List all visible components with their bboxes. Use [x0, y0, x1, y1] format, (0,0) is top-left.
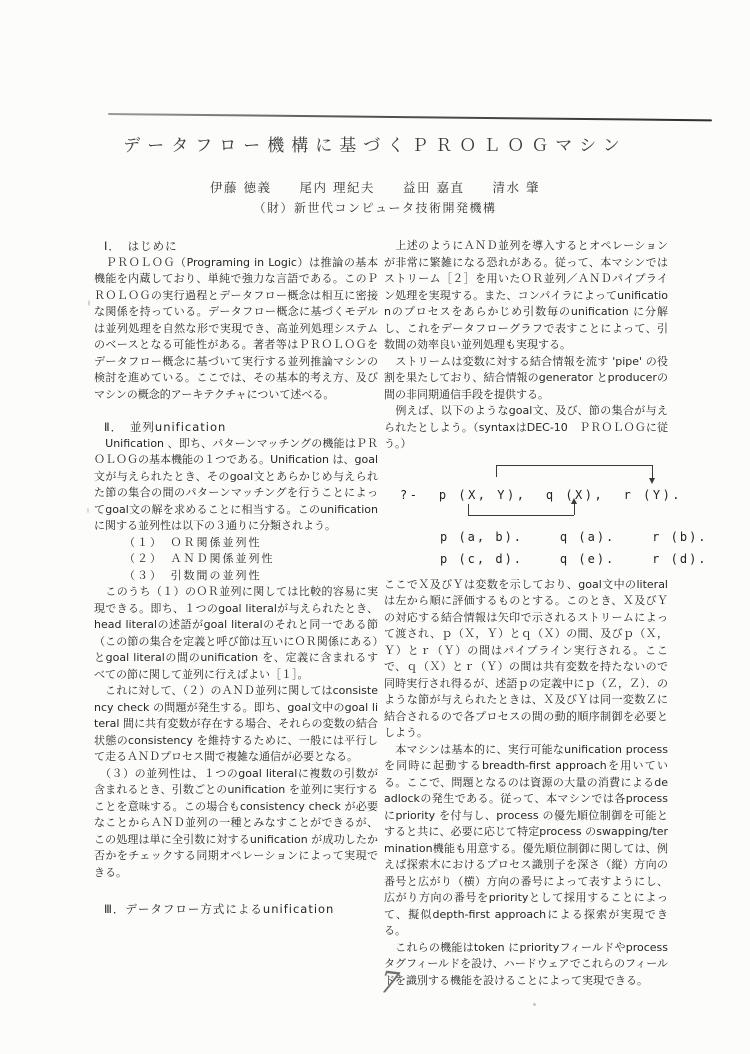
paper-title: データフロー機構に基づくＰＲＯＬＯＧマシン [0, 131, 750, 156]
stream-arrow-top-line [496, 465, 652, 466]
right-paragraph-3: 例えば、以下のようなgoal文、及び、節の集合が与えられたとしよう。（synta… [384, 403, 668, 453]
section-2-paragraph-3: これに対して、（２）のＡＮＤ並列に関してはconsistency check の… [94, 683, 378, 766]
right-column: 上述のようにＡＮＤ並列を導入するとオペレーションが非常に繁雑になる恐れがある。従… [384, 238, 668, 989]
stream-arrow-bottom-line [468, 515, 574, 516]
authors-line: 伊藤 徳義 尾内 理紀夫 益田 嘉直 清水 肇 [0, 178, 750, 196]
section-2-paragraph-4: （３）の並列性は、１つのgoal literalに複数の引数が含まれるとき、引数… [94, 766, 378, 882]
right-paragraph-6: これらの機能はtoken にpriorityフィールドやprocessタグフィー… [384, 940, 668, 990]
prolog-facts-line-2: p (c, d). q (e). r (d). [440, 551, 708, 568]
right-paragraph-4: ここでＸ及びＹは変数を示しており、goal文中のliteralは左から順に評価す… [384, 577, 668, 742]
top-separator-line [108, 113, 712, 121]
scanned-paper-page: データフロー機構に基づくＰＲＯＬＯＧマシン 伊藤 徳義 尾内 理紀夫 益田 嘉直… [0, 0, 750, 1054]
right-paragraph-2: ストリームは変数に対する結合情報を流す 'pipe' の役割を果たしており、結合… [384, 354, 668, 404]
stream-arrow-bottom-head-icon [571, 498, 577, 504]
section-2-heading: Ⅱ． 並列unification [94, 419, 378, 436]
affiliation-line: （財）新世代コンピュータ技術開発機構 [0, 199, 750, 216]
list-item: （２） ＡＮＤ関係並列性 [124, 551, 378, 568]
section-2-paragraph-1: Unification 、即ち、パターンマッチングの機能はＰＲＯＬＯＧの基本機能… [94, 436, 378, 535]
scan-speck [88, 300, 90, 306]
stream-arrow-bottom-rise [574, 503, 575, 515]
right-paragraph-1: 上述のようにＡＮＤ並列を導入するとオペレーションが非常に繁雑になる恐れがある。従… [384, 238, 668, 354]
right-paragraph-5: 本マシンは基本的に、実行可能なunification processを同時に起動… [384, 742, 668, 940]
stream-arrow-top-start [496, 465, 497, 477]
prolog-example-figure: ?- p (X, Y), q (X), r (Y). p (a, b). q (… [384, 457, 668, 575]
section-3-heading: Ⅲ．データフロー方式によるunification [94, 901, 378, 918]
stream-arrow-top-drop [652, 465, 653, 479]
section-1-paragraph: ＰＲＯＬＯＧ（Programing in Logic）は推論の基本機能を内蔵して… [94, 255, 378, 404]
section-1-heading: Ⅰ． はじめに [94, 238, 378, 255]
stream-arrow-top-head-icon [649, 478, 655, 484]
handwritten-page-number: 7 [378, 965, 401, 1002]
scan-speck [87, 508, 89, 513]
prolog-query: ?- p (X, Y), q (X), r (Y). [400, 487, 682, 504]
scan-speck [533, 1003, 536, 1006]
left-column: Ⅰ． はじめに ＰＲＯＬＯＧ（Programing in Logic）は推論の基… [94, 238, 378, 918]
section-2-paragraph-2: このうち（１）のＯＲ並列に関しては比較的容易に実現できる。即ち、１つのgoal … [94, 584, 378, 683]
prolog-facts-line-1: p (a, b). q (a). r (b). [440, 529, 708, 546]
parallelism-list: （１） ＯＲ関係並列性 （２） ＡＮＤ関係並列性 （３） 引数間の並列性 [94, 535, 378, 585]
list-item: （３） 引数間の並列性 [124, 568, 378, 585]
list-item: （１） ＯＲ関係並列性 [124, 535, 378, 552]
stream-arrow-bottom-start [468, 504, 469, 515]
